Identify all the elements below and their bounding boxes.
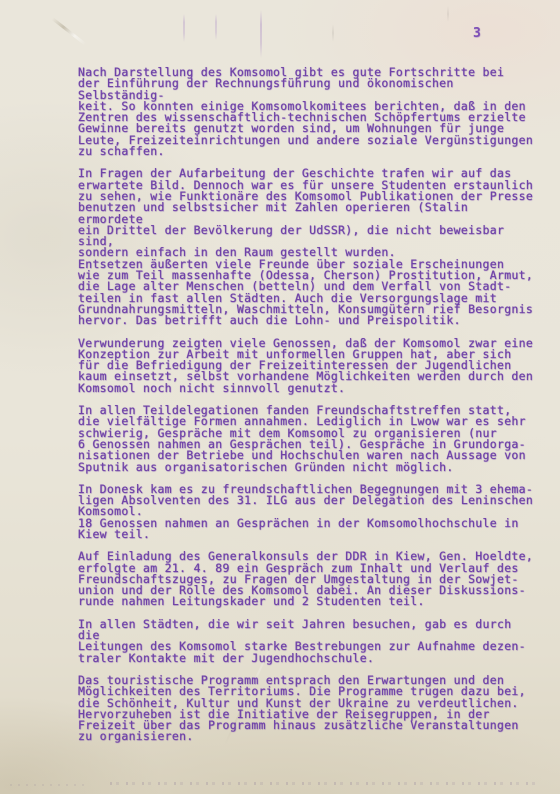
ink-streak — [215, 14, 217, 40]
paper-crease — [52, 17, 87, 45]
paragraph: In Fragen der Aufarbeitung der Geschicht… — [78, 168, 540, 326]
paragraph: Verwunderung zeigten viele Genossen, daß… — [78, 338, 540, 394]
document-body: Nach Darstellung des Komsomol gibt es gu… — [78, 67, 540, 754]
ink-streak — [332, 24, 334, 42]
paragraph: In allen Teildelegationen fanden Freunds… — [78, 405, 540, 473]
paragraph: In allen Städten, die wir seit Jahren be… — [78, 619, 540, 664]
ink-streak — [183, 14, 185, 42]
paragraph: In Donesk kam es zu freundschaftlichen B… — [78, 484, 540, 540]
bleed-through-marks — [110, 782, 540, 785]
ink-streak — [260, 10, 262, 58]
paragraph: Das touristische Programm entsprach den … — [78, 675, 540, 743]
paragraph: Auf Einladung des Generalkonsuls der DDR… — [78, 551, 540, 607]
ink-streak — [447, 6, 449, 22]
page-number: 3 — [473, 26, 481, 41]
bleed-through-marks — [10, 784, 90, 786]
document-page: 3 Nach Darstellung des Komsomol gibt es … — [0, 0, 560, 794]
paragraph: Nach Darstellung des Komsomol gibt es gu… — [78, 67, 540, 157]
